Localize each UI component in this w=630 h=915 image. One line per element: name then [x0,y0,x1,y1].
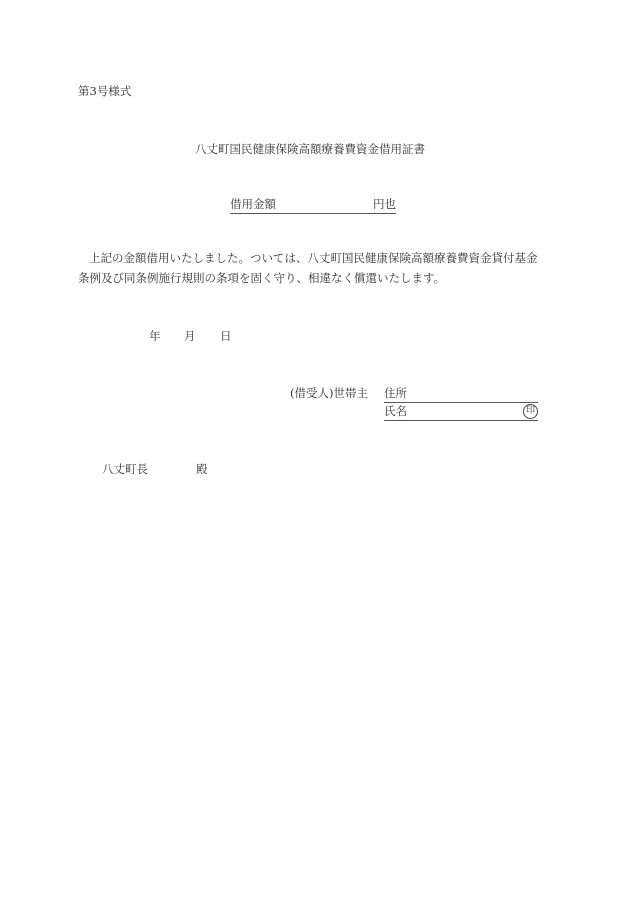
address-label: 住所 [384,386,407,400]
amount-line: 借用金額 円也 [230,199,396,214]
date-year-label: 年 [149,331,161,343]
addressee-title: 八丈町長 [102,464,148,476]
body-line-2: 条例及び同条例施行規則の条項を固く守り、相違なく償還いたします。 [78,273,445,285]
name-line: 氏名 印 [384,406,538,421]
addressee-honorific: 殿 [196,464,208,476]
date-month-label: 月 [184,331,196,343]
address-line: 住所 [384,388,538,403]
name-label: 氏名 [384,404,407,418]
amount-unit: 円也 [373,199,396,211]
seal-icon: 印 [523,404,538,419]
document-title: 八丈町国民健康保険高額療養費資金借用証書 [195,144,425,156]
form-number: 第3号様式 [78,86,131,98]
body-line-1: 上記の金額借用いたしました。ついては、八丈町国民健康保険高額療養費資金貸付基金 [89,253,538,265]
borrower-role: (借受人)世帯主 [290,388,368,400]
amount-label: 借用金額 [230,197,276,211]
date-day-label: 日 [220,331,232,343]
